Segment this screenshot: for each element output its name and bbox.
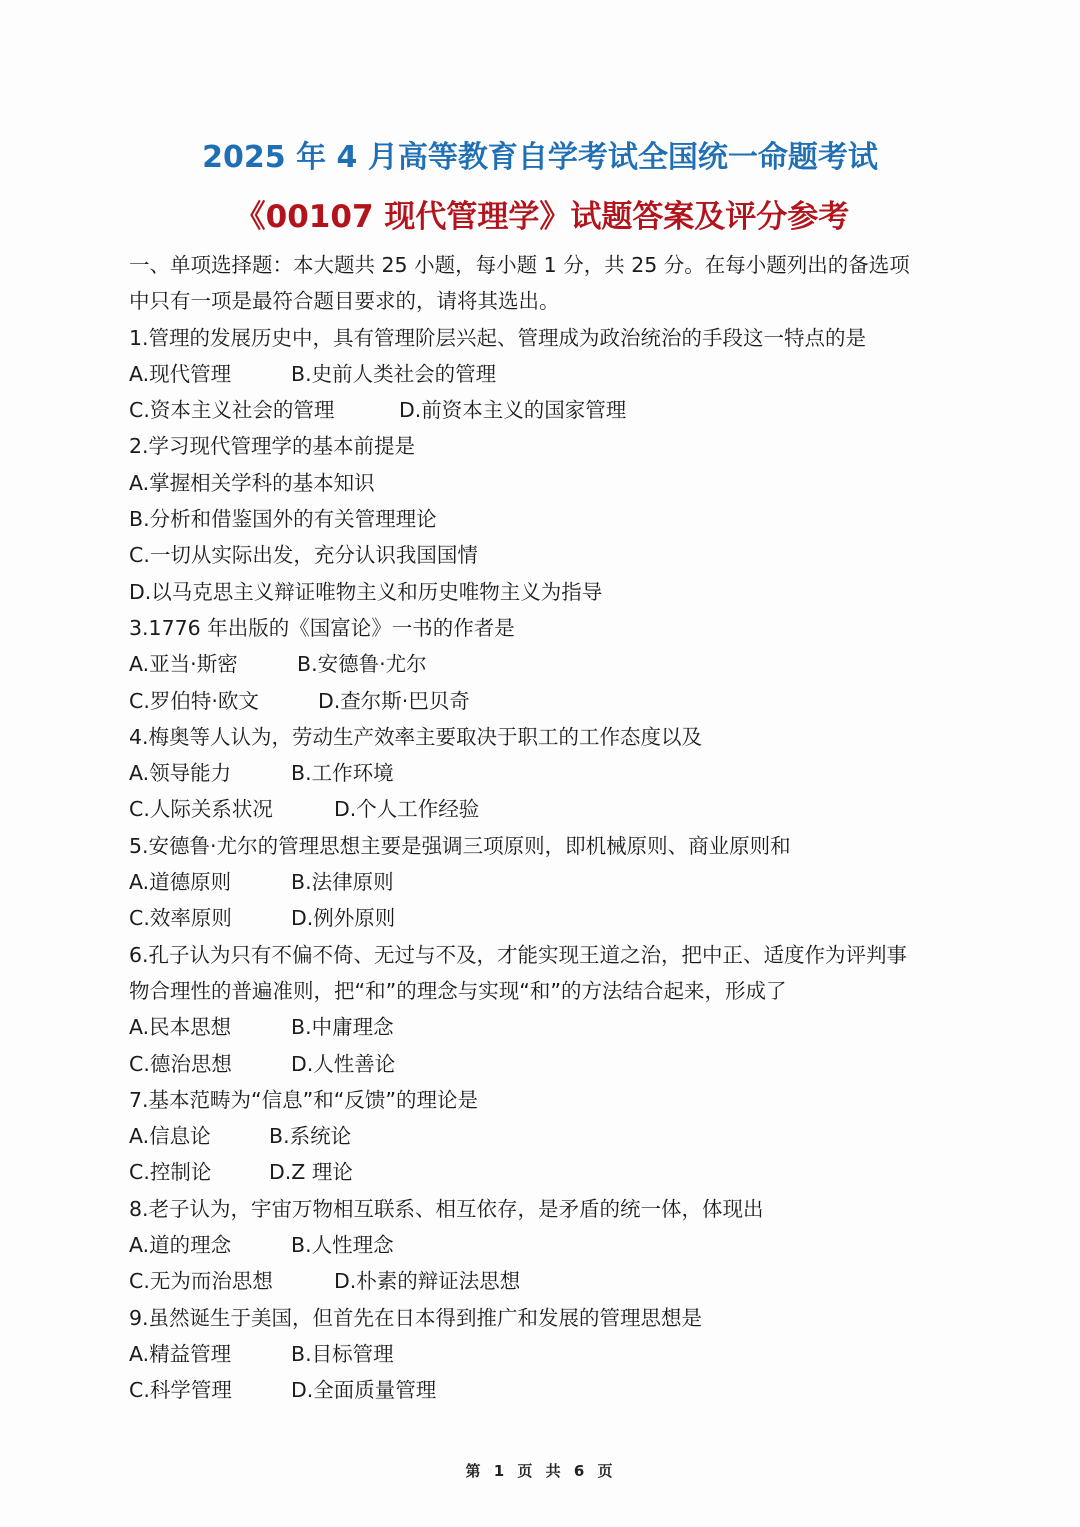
option-b: B.分析和借鉴国外的有关管理理论 — [129, 501, 969, 537]
question-4-options-row1: A.领导能力 B.工作环境 — [129, 755, 969, 791]
option-a: A.信息论 — [129, 1118, 269, 1154]
question-4-options-row2: C.人际关系状况 D.个人工作经验 — [129, 791, 969, 827]
question-4-stem: 4.梅奥等人认为，劳动生产效率主要取决于职工的工作态度以及 — [129, 719, 969, 755]
option-b: B.中庸理念 — [291, 1009, 394, 1045]
question-7-stem: 7.基本范畴为“信息”和“反馈”的理论是 — [129, 1082, 969, 1118]
option-c: C.控制论 — [129, 1154, 269, 1190]
option-d: D.朴素的辩证法思想 — [334, 1263, 520, 1299]
option-c: C.罗伯特·欧文 — [129, 683, 318, 719]
option-d: D.以马克思主义辩证唯物主义和历史唯物主义为指导 — [129, 574, 969, 610]
question-6-stem-line1: 6.孔子认为只有不偏不倚、无过与不及，才能实现王道之治，把中正、适度作为评判事 — [129, 937, 969, 973]
option-a: A.精益管理 — [129, 1336, 291, 1372]
option-b: B.史前人类社会的管理 — [291, 356, 496, 392]
page-indicator: 第 1 页 共 6 页 — [0, 1460, 1080, 1481]
question-5-stem: 5.安德鲁·尤尔的管理思想主要是强调三项原则，即机械原则、商业原则和 — [129, 828, 969, 864]
option-a: A.领导能力 — [129, 755, 291, 791]
question-6-stem-line2: 物合理性的普遍准则，把“和”的理念与实现“和”的方法结合起来，形成了 — [129, 973, 969, 1009]
question-8-options-row1: A.道的理念 B.人性理念 — [129, 1227, 969, 1263]
question-7-options-row2: C.控制论 D.Z 理论 — [129, 1154, 969, 1190]
option-c: C.德治思想 — [129, 1046, 291, 1082]
exam-title: 2025 年 4 月高等教育自学考试全国统一命题考试 — [0, 138, 1080, 178]
question-1-stem: 1.管理的发展历史中，具有管理阶层兴起、管理成为政治统治的手段这一特点的是 — [129, 320, 969, 356]
question-2-stem: 2.学习现代管理学的基本前提是 — [129, 428, 969, 464]
exam-subtitle: 《00107 现代管理学》试题答案及评分参考 — [0, 196, 1080, 238]
question-9-stem: 9.虽然诞生于美国，但首先在日本得到推广和发展的管理思想是 — [129, 1300, 969, 1336]
question-5-options-row2: C.效率原则 D.例外原则 — [129, 900, 969, 936]
option-b: B.安德鲁·尤尔 — [297, 646, 427, 682]
option-d: D.前资本主义的国家管理 — [399, 392, 626, 428]
option-d: D.人性善论 — [291, 1046, 395, 1082]
option-b: B.系统论 — [269, 1118, 351, 1154]
question-8-options-row2: C.无为而治思想 D.朴素的辩证法思想 — [129, 1263, 969, 1299]
option-a: A.民本思想 — [129, 1009, 291, 1045]
option-a: A.现代管理 — [129, 356, 291, 392]
option-c: C.一切从实际出发，充分认识我国国情 — [129, 537, 969, 573]
option-d: D.Z 理论 — [269, 1154, 353, 1190]
option-d: D.查尔斯·巴贝奇 — [318, 683, 470, 719]
option-a: A.掌握相关学科的基本知识 — [129, 465, 969, 501]
question-7-options-row1: A.信息论 B.系统论 — [129, 1118, 969, 1154]
option-c: C.效率原则 — [129, 900, 291, 936]
question-6-options-row2: C.德治思想 D.人性善论 — [129, 1046, 969, 1082]
option-b: B.目标管理 — [291, 1336, 394, 1372]
question-1-options-row2: C.资本主义社会的管理 D.前资本主义的国家管理 — [129, 392, 969, 428]
question-9-options-row1: A.精益管理 B.目标管理 — [129, 1336, 969, 1372]
section-instructions-line1: 一、单项选择题：本大题共 25 小题，每小题 1 分，共 25 分。在每小题列出… — [129, 247, 969, 283]
option-d: D.个人工作经验 — [334, 791, 479, 827]
option-c: C.人际关系状况 — [129, 791, 334, 827]
question-3-stem: 3.1776 年出版的《国富论》一书的作者是 — [129, 610, 969, 646]
option-a: A.亚当·斯密 — [129, 646, 297, 682]
question-1-options-row1: A.现代管理 B.史前人类社会的管理 — [129, 356, 969, 392]
option-c: C.资本主义社会的管理 — [129, 392, 399, 428]
option-b: B.人性理念 — [291, 1227, 394, 1263]
question-3-options-row2: C.罗伯特·欧文 D.查尔斯·巴贝奇 — [129, 683, 969, 719]
option-c: C.无为而治思想 — [129, 1263, 334, 1299]
option-b: B.工作环境 — [291, 755, 394, 791]
document-page: 2025 年 4 月高等教育自学考试全国统一命题考试 《00107 现代管理学》… — [0, 0, 1080, 1527]
question-8-stem: 8.老子认为，宇宙万物相互联系、相互依存，是矛盾的统一体，体现出 — [129, 1191, 969, 1227]
option-a: A.道德原则 — [129, 864, 291, 900]
question-5-options-row1: A.道德原则 B.法律原则 — [129, 864, 969, 900]
option-b: B.法律原则 — [291, 864, 394, 900]
question-3-options-row1: A.亚当·斯密 B.安德鲁·尤尔 — [129, 646, 969, 682]
question-9-options-row2: C.科学管理 D.全面质量管理 — [129, 1372, 969, 1408]
document-body: 一、单项选择题：本大题共 25 小题，每小题 1 分，共 25 分。在每小题列出… — [129, 247, 969, 1409]
option-d: D.全面质量管理 — [291, 1372, 436, 1408]
question-6-options-row1: A.民本思想 B.中庸理念 — [129, 1009, 969, 1045]
option-a: A.道的理念 — [129, 1227, 291, 1263]
option-c: C.科学管理 — [129, 1372, 291, 1408]
option-d: D.例外原则 — [291, 900, 395, 936]
section-instructions-line2: 中只有一项是最符合题目要求的，请将其选出。 — [129, 283, 969, 319]
